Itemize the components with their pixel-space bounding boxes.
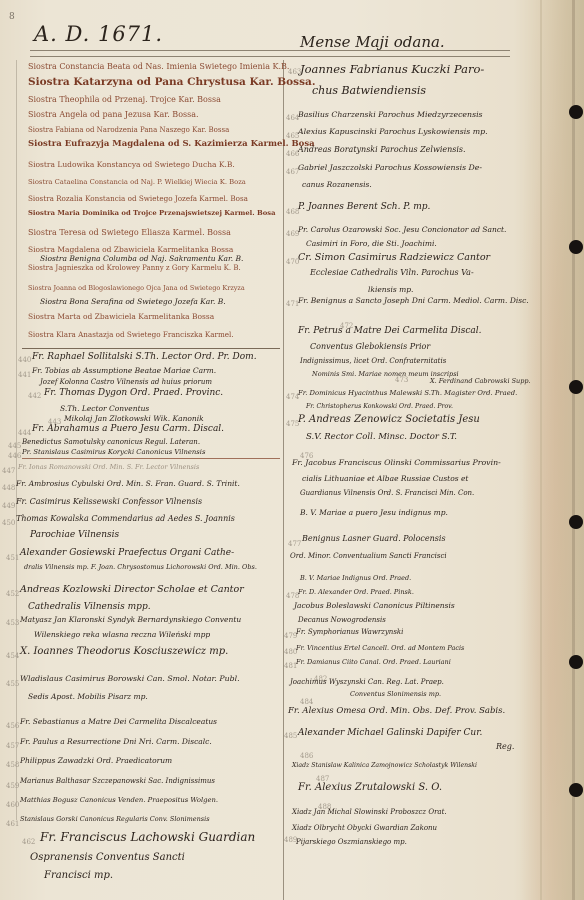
signature-entry: Fr. Sebastianus a Matre Dei Carmelita Di… bbox=[20, 717, 217, 726]
sister-entry: Siostra Klara Anastazja od Swietego Fran… bbox=[28, 330, 234, 339]
signature-entry: Fr. Symphorianus Wawrzynski bbox=[296, 628, 403, 636]
signature-entry: Thomas Kowalska Commendarius ad Aedes S.… bbox=[16, 514, 235, 523]
signature-entry: Fr. Raphael Sollitalski S.Th. Lector Ord… bbox=[32, 352, 257, 362]
sister-entry: Siostra Benigna Columba od Naj. Sakramen… bbox=[40, 254, 243, 263]
entry-number: 459 bbox=[6, 782, 19, 790]
binding-hole bbox=[569, 783, 583, 797]
column-divider bbox=[283, 60, 284, 900]
signature-entry: Cr. Simon Casimirus Radziewicz Cantor bbox=[298, 252, 490, 263]
signature-entry: Ospranensis Conventus Sancti bbox=[30, 852, 185, 863]
signature-entry: Gabriel Jaszczolski Parochus Kossowiensi… bbox=[298, 163, 482, 172]
manuscript-page: 8 A. D. 1671. Mense Maji odana. Siostra … bbox=[0, 0, 584, 900]
sister-entry: Siostra Bona Serafina od Swietego Jozefa… bbox=[40, 297, 226, 306]
signature-entry: Parochiae Vilnensis bbox=[30, 530, 119, 540]
signature-entry: S.V. Rector Coll. Minsc. Doctor S.T. bbox=[306, 432, 457, 442]
sister-entry: Siostra Theophila od Przenaj. Trojce Kar… bbox=[28, 95, 221, 104]
signature-entry: Andreas Boratynski Parochus Zelwiensis. bbox=[298, 145, 466, 154]
signature-entry: Benignus Lasner Guard. Polocensis bbox=[302, 534, 446, 543]
header-rule bbox=[30, 50, 510, 51]
signature-entry: dralis Vilnensis mp. F. Joan. Chrysostom… bbox=[24, 563, 257, 571]
signature-entry: Alexius Kapuscinski Parochus Lyskowiensi… bbox=[298, 127, 488, 136]
signature-entry: Fr. Abrahamus a Puero Jesu Carm. Discal. bbox=[32, 424, 224, 434]
signature-entry: Fr. D. Alexander Ord. Praed. Pinsk. bbox=[298, 588, 414, 596]
signature-entry: B. V. Mariae a puero Jesu indignus mp. bbox=[300, 508, 448, 517]
signature-entry: Matyasz Jan Klaronski Syndyk Bernardynsk… bbox=[20, 615, 241, 624]
binding-hole bbox=[569, 105, 583, 119]
signature-entry: Fr. Thomas Dygon Ord. Praed. Provinc. bbox=[44, 388, 223, 398]
signature-entry: Pr. Carolus Ozarowski Soc. Jesu Conciona… bbox=[298, 225, 506, 234]
signature-entry: Decanus Nowogrodensis bbox=[298, 616, 386, 624]
signature-entry: Fr. Damianus Ciito Canal. Ord. Praed. La… bbox=[296, 658, 451, 666]
entry-number: 457 bbox=[6, 742, 19, 750]
section-rule bbox=[22, 458, 280, 459]
entry-number: 453 bbox=[6, 619, 19, 627]
signature-entry: Joannes Fabrianus Kuczki Paro- bbox=[300, 62, 484, 76]
signature-entry: lkiensis mp. bbox=[368, 285, 413, 294]
signature-entry: Fr. Ionas Romanowski Ord. Min. S. Fr. Le… bbox=[18, 463, 199, 471]
signature-entry: Ord. Minor. Conventualium Sancti Francis… bbox=[290, 552, 447, 560]
page-fold-line bbox=[540, 0, 542, 900]
signature-entry: Conventus Slonimensis mp. bbox=[350, 690, 441, 698]
section-rule bbox=[22, 348, 280, 349]
entry-number: 460 bbox=[6, 801, 19, 809]
sister-entry: Siostra Marta od Zbawiciela Karmelitanka… bbox=[28, 312, 214, 321]
signature-entry: Fr. Franciscus Lachowski Guardian bbox=[40, 830, 255, 844]
signature-entry: Casimiri in Foro, die Sti. Joachimi. bbox=[306, 239, 437, 248]
signature-entry: Wilenskiego reka wlasna reczna Wileński … bbox=[34, 630, 210, 639]
signature-entry: Marianus Balthasar Szczepanowski Sac. In… bbox=[20, 777, 215, 785]
signature-entry: P. Joannes Berent Sch. P. mp. bbox=[298, 202, 430, 212]
entry-number: 451 bbox=[6, 554, 19, 562]
header-rule bbox=[30, 56, 510, 57]
signature-entry: Conventus Glebokiensis Prior bbox=[310, 342, 430, 351]
entry-number: 450 bbox=[2, 519, 15, 527]
entry-number: 473 bbox=[395, 376, 408, 384]
sister-entry: Siostra Angela od pana Jezusa Kar. Bossa… bbox=[28, 110, 199, 119]
entry-number: 442 bbox=[28, 392, 41, 400]
entry-number: 445 bbox=[8, 442, 21, 450]
signature-entry: S.Th. Lector Conventus bbox=[60, 404, 149, 413]
sister-entry: Siostra Cataelina Constancia od Naj. P. … bbox=[28, 178, 246, 186]
sister-entry: Siostra Magdalena od Zbawiciela Karmelit… bbox=[28, 245, 233, 254]
sister-entry: Siostra Katarzyna od Pana Chrystusa Kar.… bbox=[28, 76, 315, 88]
signature-entry: Fr. Jacobus Franciscus Olinski Commissar… bbox=[292, 458, 501, 467]
signature-entry: Xiadz Stanislaw Kalinica Zamojnowicz Sch… bbox=[292, 762, 477, 769]
entry-number: 448 bbox=[2, 484, 15, 492]
entry-number: 486 bbox=[300, 752, 313, 760]
signature-entry: Joachimus Wyszynski Can. Reg. Lat. Praep… bbox=[290, 678, 444, 686]
signature-entry: Andreas Kozlowski Director Scholae et Ca… bbox=[20, 584, 244, 595]
month-heading: Mense Maji odana. bbox=[300, 33, 445, 51]
sister-entry: Siostra Jagnieszka od Krolowey Panny z G… bbox=[28, 264, 241, 272]
signature-entry: Fr. Benignus a Sancto Joseph Dni Carm. M… bbox=[298, 296, 529, 305]
entry-number: 484 bbox=[300, 698, 313, 706]
signature-entry: Alexander Michael Galinski Dapifer Cur. bbox=[298, 728, 482, 738]
entry-number: 456 bbox=[6, 722, 19, 730]
signature-entry: cialis Lithuaniae et Albae Russiae Custo… bbox=[302, 474, 468, 483]
binding-hole bbox=[569, 655, 583, 669]
sister-entry: Siostra Maria Dominika od Trojce Przenaj… bbox=[28, 209, 276, 217]
signature-entry: Fr. Vincentius Ertel Cancell. Ord. ad Mo… bbox=[296, 644, 464, 652]
sister-entry: Siostra Teresa od Swietego Eliasza Karme… bbox=[28, 228, 231, 237]
signature-entry: Indignissimus, licet Ord. Confraternitat… bbox=[300, 357, 446, 365]
signature-entry: Jozef Kolonna Castro Vilnensis ad huius … bbox=[40, 378, 212, 386]
signature-entry: Reg. bbox=[496, 742, 514, 751]
year-heading: A. D. 1671. bbox=[34, 22, 163, 46]
entry-number: 447 bbox=[2, 467, 15, 475]
signature-entry: Stanislaus Gorski Canonicus Regularis Co… bbox=[20, 815, 210, 823]
folio-number: 8 bbox=[9, 12, 15, 22]
entry-number: 449 bbox=[2, 502, 15, 510]
entry-number: 441 bbox=[18, 371, 31, 379]
signature-entry: Francisci mp. bbox=[44, 870, 113, 881]
signature-entry: Benedictus Samotulsky canonicus Regul. L… bbox=[22, 438, 200, 446]
entry-number: 446 bbox=[8, 452, 21, 460]
signature-entry: Matthias Bogusz Canonicus Venden. Praepo… bbox=[20, 796, 218, 804]
signature-entry: Jacobus Boleslawski Canonicus Piltinensi… bbox=[294, 601, 455, 610]
signature-entry: Fr. Alexius Zrutalowski S. O. bbox=[298, 782, 442, 793]
signature-entry: Ecclesiae Cathedralis Viln. Parochus Va- bbox=[310, 268, 474, 277]
signature-entry: Fr. Ambrosius Cybulski Ord. Min. S. Fran… bbox=[16, 479, 240, 488]
signature-entry: chus Batwiendiensis bbox=[312, 84, 426, 97]
signature-entry: X. Ferdinand Cabrowski Supp. bbox=[430, 377, 531, 385]
signature-entry: Mikolaj Jan Zlotkowski Wik. Kanonik bbox=[64, 414, 204, 423]
signature-entry: Pijarskiego Oszmianskiego mp. bbox=[296, 838, 407, 846]
signature-entry: Pr. Stanislaus Casimirus Korycki Canonic… bbox=[22, 448, 205, 456]
binding-hole bbox=[569, 240, 583, 254]
signature-entry: Fr. Casimirus Kelissewski Confessor Viln… bbox=[16, 497, 202, 506]
signature-entry: Fr. Paulus a Resurrectione Dni Nri. Carm… bbox=[20, 737, 212, 746]
sister-entry: Siostra Eufrazyja Magdalena od S. Kazimi… bbox=[28, 139, 315, 149]
margin-line bbox=[16, 60, 17, 820]
entry-number: 440 bbox=[18, 356, 31, 364]
signature-entry: Sedis Apost. Mobilis Pisarz mp. bbox=[28, 692, 148, 701]
entry-number: 485 bbox=[284, 732, 297, 740]
sister-entry: Siostra Ludowika Konstancya od Swietego … bbox=[28, 160, 235, 169]
signature-entry: canus Rozanensis. bbox=[302, 180, 372, 189]
entry-number: 462 bbox=[22, 838, 35, 846]
entry-number: 455 bbox=[6, 680, 19, 688]
signature-entry: B. V. Mariae Indignus Ord. Praed. bbox=[300, 574, 411, 582]
signature-entry: Fr. Christopherus Konkowski Ord. Praed. … bbox=[306, 403, 453, 410]
entry-number: 477 bbox=[288, 540, 301, 548]
signature-entry: Basilius Charzenski Parochus Miedzyrzece… bbox=[298, 110, 483, 119]
binding-hole bbox=[569, 515, 583, 529]
entry-number: 452 bbox=[6, 590, 19, 598]
sister-entry: Siostra Rozalia Konstancia od Swietego J… bbox=[28, 194, 248, 203]
sister-entry: Siostra Fabiana od Narodzenia Pana Nasze… bbox=[28, 126, 229, 134]
signature-entry: Xiadz Olbrycht Obycki Gwardian Zakonu bbox=[292, 824, 437, 832]
entry-number: 461 bbox=[6, 820, 19, 828]
signature-entry: Fr. Alexius Omesa Ord. Min. Obs. Def. Pr… bbox=[288, 706, 505, 716]
signature-entry: Cathedralis Vilnensis mpp. bbox=[28, 602, 151, 612]
signature-entry: Fr. Petrus a Matre Dei Carmelita Discal. bbox=[298, 326, 482, 336]
signature-entry: X. Ioannes Theodorus Kosciuszewicz mp. bbox=[20, 646, 228, 657]
entry-number: 458 bbox=[6, 761, 19, 769]
entry-number: 444 bbox=[18, 429, 31, 437]
signature-entry: Wladislaus Casimirus Borowski Can. Smol.… bbox=[20, 674, 240, 683]
binding-hole bbox=[569, 380, 583, 394]
signature-entry: Fr. Dominicus Hyacinthus Malewski S.Th. … bbox=[298, 389, 517, 397]
sister-entry: Siostra Joanna od Blogoslawionego Ojca J… bbox=[28, 284, 245, 292]
sister-entry: Siostra Constancia Beata od Nas. Imienia… bbox=[28, 62, 289, 71]
signature-entry: Xiadz Jan Michal Slowinski Proboszcz Ora… bbox=[292, 808, 447, 816]
entry-number: 454 bbox=[6, 652, 19, 660]
binding-edge bbox=[572, 0, 575, 900]
signature-entry: Philippus Zawadzki Ord. Praedicatorum bbox=[20, 756, 172, 765]
signature-entry: Guardianus Vilnensis Ord. S. Francisci M… bbox=[300, 489, 474, 497]
signature-entry: Alexander Gosiewski Praefectus Organi Ca… bbox=[20, 548, 234, 558]
signature-entry: P. Andreas Zenowicz Societatis Jesu bbox=[298, 414, 480, 425]
signature-entry: Fr. Tobias ab Assumptione Beatae Mariae … bbox=[32, 366, 216, 375]
